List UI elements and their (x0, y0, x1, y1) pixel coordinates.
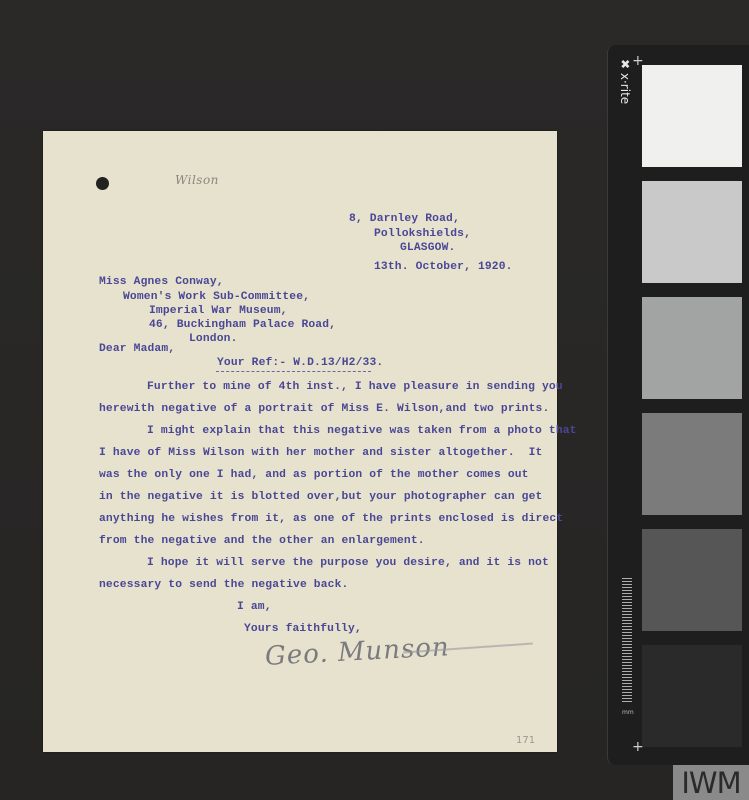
letter-date: 13th. October, 1920. (374, 259, 513, 275)
body-line-4: I have of Miss Wilson with her mother an… (99, 442, 542, 464)
xrite-mark-icon: ✖ (618, 59, 632, 69)
gray-patch-6 (642, 645, 742, 747)
recipient-line-1: Miss Agnes Conway, (99, 274, 224, 290)
sender-address-line-3: GLASGOW. (400, 240, 455, 256)
gray-patch-4 (642, 413, 742, 515)
body-line-3: I might explain that this negative was t… (147, 420, 577, 442)
recipient-line-5: London. (189, 331, 238, 347)
body-line-5: was the only one I had, and as portion o… (99, 464, 529, 486)
gray-patch-3 (642, 297, 742, 399)
body-line-6: in the negative it is blotted over,but y… (99, 486, 542, 508)
color-checker-card: ✖ x·rite + mm + (607, 45, 749, 765)
page-number: 171 (516, 735, 535, 746)
punch-hole (96, 177, 109, 190)
gray-patch-2 (642, 181, 742, 283)
pencil-annotation: Wilson (175, 173, 219, 187)
closing-i-am: I am, (237, 596, 272, 618)
iwm-watermark: IWM (673, 765, 749, 800)
salutation: Dear Madam, (99, 341, 175, 357)
gray-patch-1 (642, 65, 742, 167)
recipient-line-4: 46, Buckingham Palace Road, (149, 317, 336, 333)
body-line-7: anything he wishes from it, as one of th… (99, 508, 563, 530)
body-line-9: I hope it will serve the purpose you des… (147, 552, 549, 574)
gray-patch-5 (642, 529, 742, 631)
reference-line: Your Ref:- W.D.13/H2/33. (217, 355, 383, 371)
reference-underline (216, 371, 371, 372)
mm-ruler (622, 578, 632, 703)
letter-page: Wilson 8, Darnley Road, Pollokshields, G… (43, 131, 557, 752)
body-line-1: Further to mine of 4th inst., I have ple… (147, 376, 563, 398)
ruler-unit-label: mm (622, 709, 634, 716)
body-line-8: from the negative and the other an enlar… (99, 530, 425, 552)
body-line-10: necessary to send the negative back. (99, 574, 348, 596)
sender-address-line-1: 8, Darnley Road, (349, 211, 460, 227)
body-line-2: herewith negative of a portrait of Miss … (99, 398, 549, 420)
xrite-brand-text: x·rite (618, 73, 632, 104)
xrite-logo: ✖ x·rite (618, 59, 632, 104)
crosshair-icon-bottom: + (632, 740, 644, 754)
